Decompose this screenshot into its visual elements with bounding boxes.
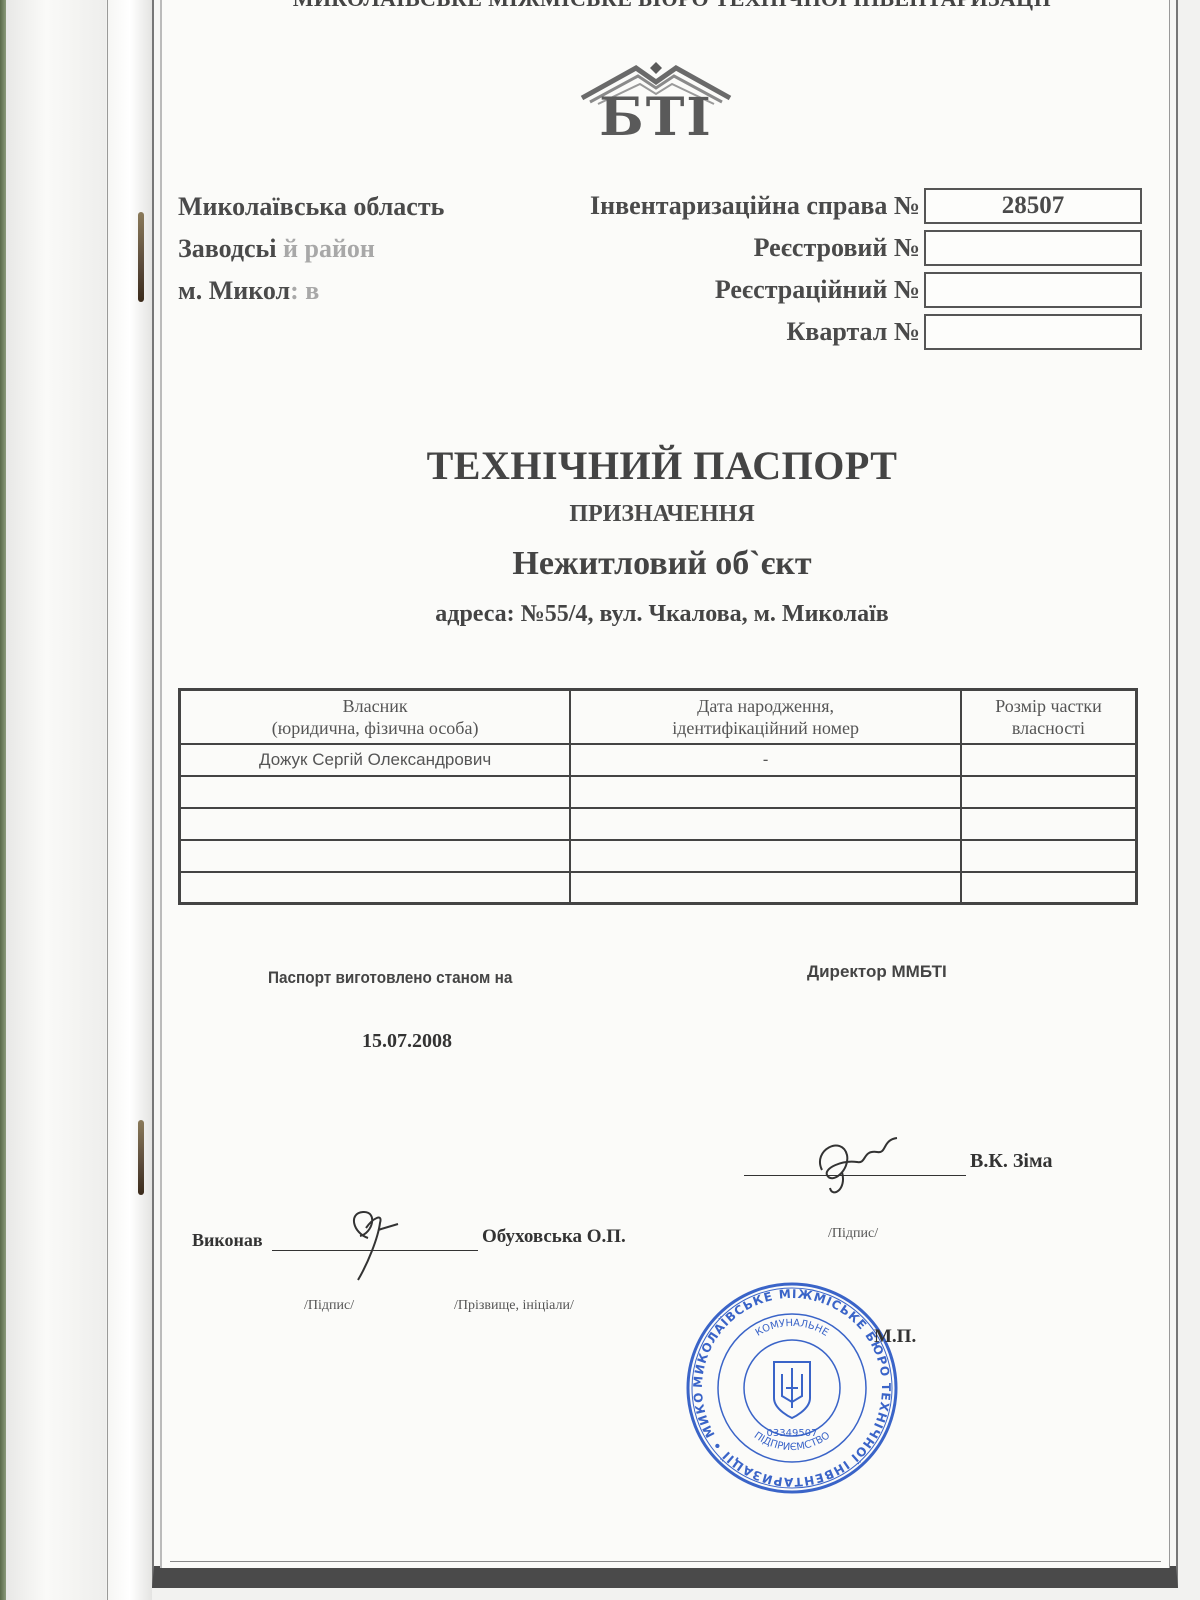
quarter-number-row: Квартал №: [542, 312, 1142, 352]
share-cell: [961, 872, 1137, 904]
share-cell: [961, 840, 1137, 872]
owner-cell: [180, 776, 571, 808]
city-faded: : в: [290, 276, 319, 305]
organization-header: Миколаївське міжміське бюро технічної ін…: [272, 0, 1072, 12]
city-text: м. Микол: в: [178, 270, 444, 312]
header-line: ідентифікаційний номер: [672, 718, 859, 738]
director-signature-line: [744, 1175, 966, 1176]
inventory-case-value: 28507: [924, 188, 1142, 224]
region-info: Миколаївська область Заводсьі й район м.…: [178, 186, 444, 312]
executor-signature-icon: [338, 1208, 418, 1286]
share-cell: [961, 808, 1137, 840]
seal-place-label: М.П.: [874, 1326, 916, 1348]
oblast-text: Миколаївська область: [178, 186, 444, 228]
executor-name-caption: /Прізвище, ініціали/: [454, 1298, 574, 1314]
owners-table-header: Власник(юридична, фізична особа) Дата на…: [180, 690, 1137, 744]
executor-signature-line: [272, 1250, 478, 1251]
object-address: адреса: №55/4, вул. Чкалова, м. Миколаїв: [162, 592, 1162, 636]
title-block: ТЕХНІЧНИЙ ПАСПОРТ ПРИЗНАЧЕННЯ Нежитловий…: [162, 440, 1162, 636]
document-page: Миколаївське міжміське бюро технічної ін…: [160, 0, 1170, 1568]
registration-number-row: Реєстраційний №: [542, 270, 1142, 310]
purpose-label: ПРИЗНАЧЕННЯ: [162, 492, 1162, 536]
director-signature-icon: [802, 1130, 912, 1200]
table-row: [180, 872, 1137, 904]
director-signature-caption: /Підпис/: [828, 1226, 878, 1242]
staple-icon: [138, 212, 144, 302]
header-line: Дата народження,: [697, 696, 834, 716]
trident-emblem-icon: [774, 1362, 810, 1418]
birthdate-id-cell: [570, 808, 961, 840]
share-cell: [961, 744, 1137, 776]
logo-text: БТІ: [576, 92, 736, 144]
owner-cell: Дожук Сергій Олександрович: [180, 744, 571, 776]
executor-signature-caption: /Підпис/: [304, 1298, 354, 1314]
director-name: В.К. Зіма: [970, 1150, 1052, 1173]
director-label: Директор ММБТІ: [807, 962, 947, 982]
photo-scene: Миколаївське міжміське бюро технічної ін…: [0, 0, 1200, 1600]
folder-cover: [6, 0, 106, 1600]
header-line: Власник: [343, 696, 408, 716]
object-type: Нежитловий об`єкт: [162, 536, 1162, 592]
stamp-code: 03349507: [767, 1428, 818, 1439]
district-text: Заводсьі й район: [178, 228, 444, 270]
register-number-value: [924, 230, 1142, 266]
header-line: власності: [1012, 718, 1085, 738]
table-row: [180, 808, 1137, 840]
stamp-inner-top: КОМУНАЛЬНЕ: [754, 1318, 831, 1339]
header-line: (юридична, фізична особа): [272, 718, 479, 738]
district-visible: Заводсьі: [178, 234, 277, 263]
document-title: ТЕХНІЧНИЙ ПАСПОРТ: [162, 440, 1162, 492]
registration-number-label: Реєстраційний №: [715, 275, 924, 305]
owners-table: Власник(юридична, фізична особа) Дата на…: [178, 688, 1138, 905]
header-line: Розмір частки: [995, 696, 1102, 716]
staple-icon: [138, 1120, 144, 1195]
birthdate-id-cell: [570, 776, 961, 808]
svg-text:КОМУНАЛЬНЕ: КОМУНАЛЬНЕ: [754, 1318, 831, 1339]
birthdate-id-cell: [570, 840, 961, 872]
inventory-case-label: Інвентаризаційна справа №: [590, 191, 924, 221]
prepared-as-of-label: Паспорт виготовлено станом на: [268, 968, 512, 988]
page-border: [170, 1561, 1161, 1562]
owner-header: Власник(юридична, фізична особа): [180, 690, 571, 744]
birthdate-id-cell: [570, 872, 961, 904]
executor-name: Обуховська О.П.: [482, 1226, 626, 1248]
register-number-label: Реєстровий №: [754, 233, 924, 263]
owner-cell: [180, 872, 571, 904]
share-cell: [961, 776, 1137, 808]
executor-label: Виконав: [192, 1230, 263, 1251]
official-stamp-icon: МИКОЛАЇВСЬКЕ МІЖМІСЬКЕ БЮРО ТЕХНІЧНОЇ ІН…: [682, 1278, 902, 1498]
owner-cell: [180, 840, 571, 872]
city-visible: м. Микол: [178, 276, 290, 305]
birthdate-id-cell: -: [570, 744, 961, 776]
district-faded: й район: [277, 234, 375, 263]
table-row: [180, 840, 1137, 872]
table-row: Дожук Сергій Олександрович -: [180, 744, 1137, 776]
share-header: Розмір часткивласності: [961, 690, 1137, 744]
folder-spine: [108, 0, 152, 1600]
owner-cell: [180, 808, 571, 840]
inventory-case-row: Інвентаризаційна справа № 28507: [542, 186, 1142, 226]
prepared-date: 15.07.2008: [362, 1030, 452, 1053]
quarter-number-label: Квартал №: [786, 317, 924, 347]
birthdate-id-header: Дата народження,ідентифікаційний номер: [570, 690, 961, 744]
register-number-row: Реєстровий №: [542, 228, 1142, 268]
registry-fields: Інвентаризаційна справа № 28507 Реєстров…: [542, 186, 1142, 354]
registration-number-value: [924, 272, 1142, 308]
quarter-number-value: [924, 314, 1142, 350]
table-row: [180, 776, 1137, 808]
bti-logo: БТІ: [576, 56, 736, 142]
